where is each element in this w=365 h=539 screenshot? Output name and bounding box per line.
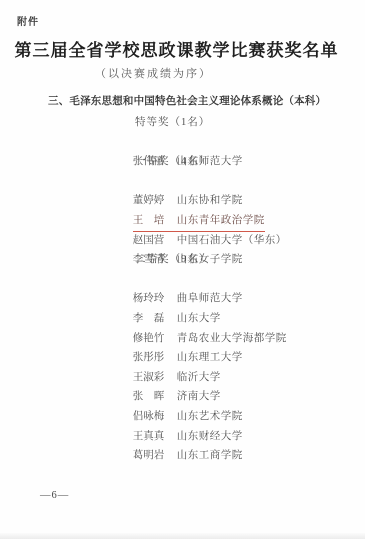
award-tier-second: 二等奖（9名） bbox=[0, 250, 365, 270]
winner-name: 侣咏梅 bbox=[133, 407, 166, 427]
winner-name: 董婷婷 bbox=[133, 191, 166, 211]
award-tier-first: 一等奖（4名） bbox=[0, 152, 365, 172]
winner-name: 修艳竹 bbox=[133, 329, 166, 349]
winner-row: 张伟丽山东师范大学 bbox=[0, 133, 365, 153]
winner-institution: 山东艺术学院 bbox=[177, 407, 243, 427]
winner-name: 王 培 bbox=[133, 211, 166, 231]
winner-institution: 中国石油大学（华东） bbox=[177, 231, 287, 251]
award-tier-special: 特等奖（1名） bbox=[0, 113, 365, 133]
winner-institution: 山东理工大学 bbox=[177, 348, 243, 368]
winner-institution: 山东财经大学 bbox=[177, 427, 243, 447]
winner-institution: 山东协和学院 bbox=[177, 191, 243, 211]
document-title: 第三届全省学校思政课教学比赛获奖名单 bbox=[0, 36, 353, 61]
winner-name: 李 磊 bbox=[133, 309, 166, 329]
winner-institution: 山东大学 bbox=[177, 309, 221, 329]
winner-institution: 济南大学 bbox=[177, 387, 221, 407]
section-heading: 三、毛泽东思想和中国特色社会主义理论体系概论（本科） bbox=[48, 94, 365, 110]
winner-row: 杨玲玲曲阜师范大学 bbox=[0, 270, 365, 290]
winner-institution: 青岛农业大学海都学院 bbox=[177, 329, 287, 349]
winner-name: 葛明岩 bbox=[133, 446, 166, 466]
winner-institution: 曲阜师范大学 bbox=[177, 289, 243, 309]
page-number: —6— bbox=[40, 490, 69, 501]
winner-row: 董婷婷山东协和学院 bbox=[0, 172, 365, 192]
winner-name: 张 晖 bbox=[133, 387, 166, 407]
winner-name: 杨玲玲 bbox=[133, 289, 166, 309]
winner-name: 王淑彩 bbox=[133, 368, 166, 388]
winner-name: 张彤彤 bbox=[133, 348, 166, 368]
award-list: 三、毛泽东思想和中国特色社会主义理论体系概论（本科） 特等奖（1名） 张伟丽山东… bbox=[0, 94, 365, 446]
winner-name: 王真真 bbox=[133, 427, 166, 447]
winner-name: 赵国营 bbox=[133, 231, 166, 251]
scan-page-bottom-edge bbox=[0, 533, 365, 539]
document-subtitle: （以决赛成绩为序） bbox=[0, 65, 307, 81]
attachment-label: 附件 bbox=[17, 13, 39, 28]
red-underline-highlight: 王 培山东青年政治学院 bbox=[133, 211, 265, 232]
scanned-document-page: 附件 第三届全省学校思政课教学比赛获奖名单 （以决赛成绩为序） 三、毛泽东思想和… bbox=[0, 0, 365, 539]
winner-institution: 临沂大学 bbox=[177, 368, 221, 388]
winner-institution: 山东工商学院 bbox=[177, 446, 243, 466]
winner-institution: 山东青年政治学院 bbox=[177, 211, 265, 231]
